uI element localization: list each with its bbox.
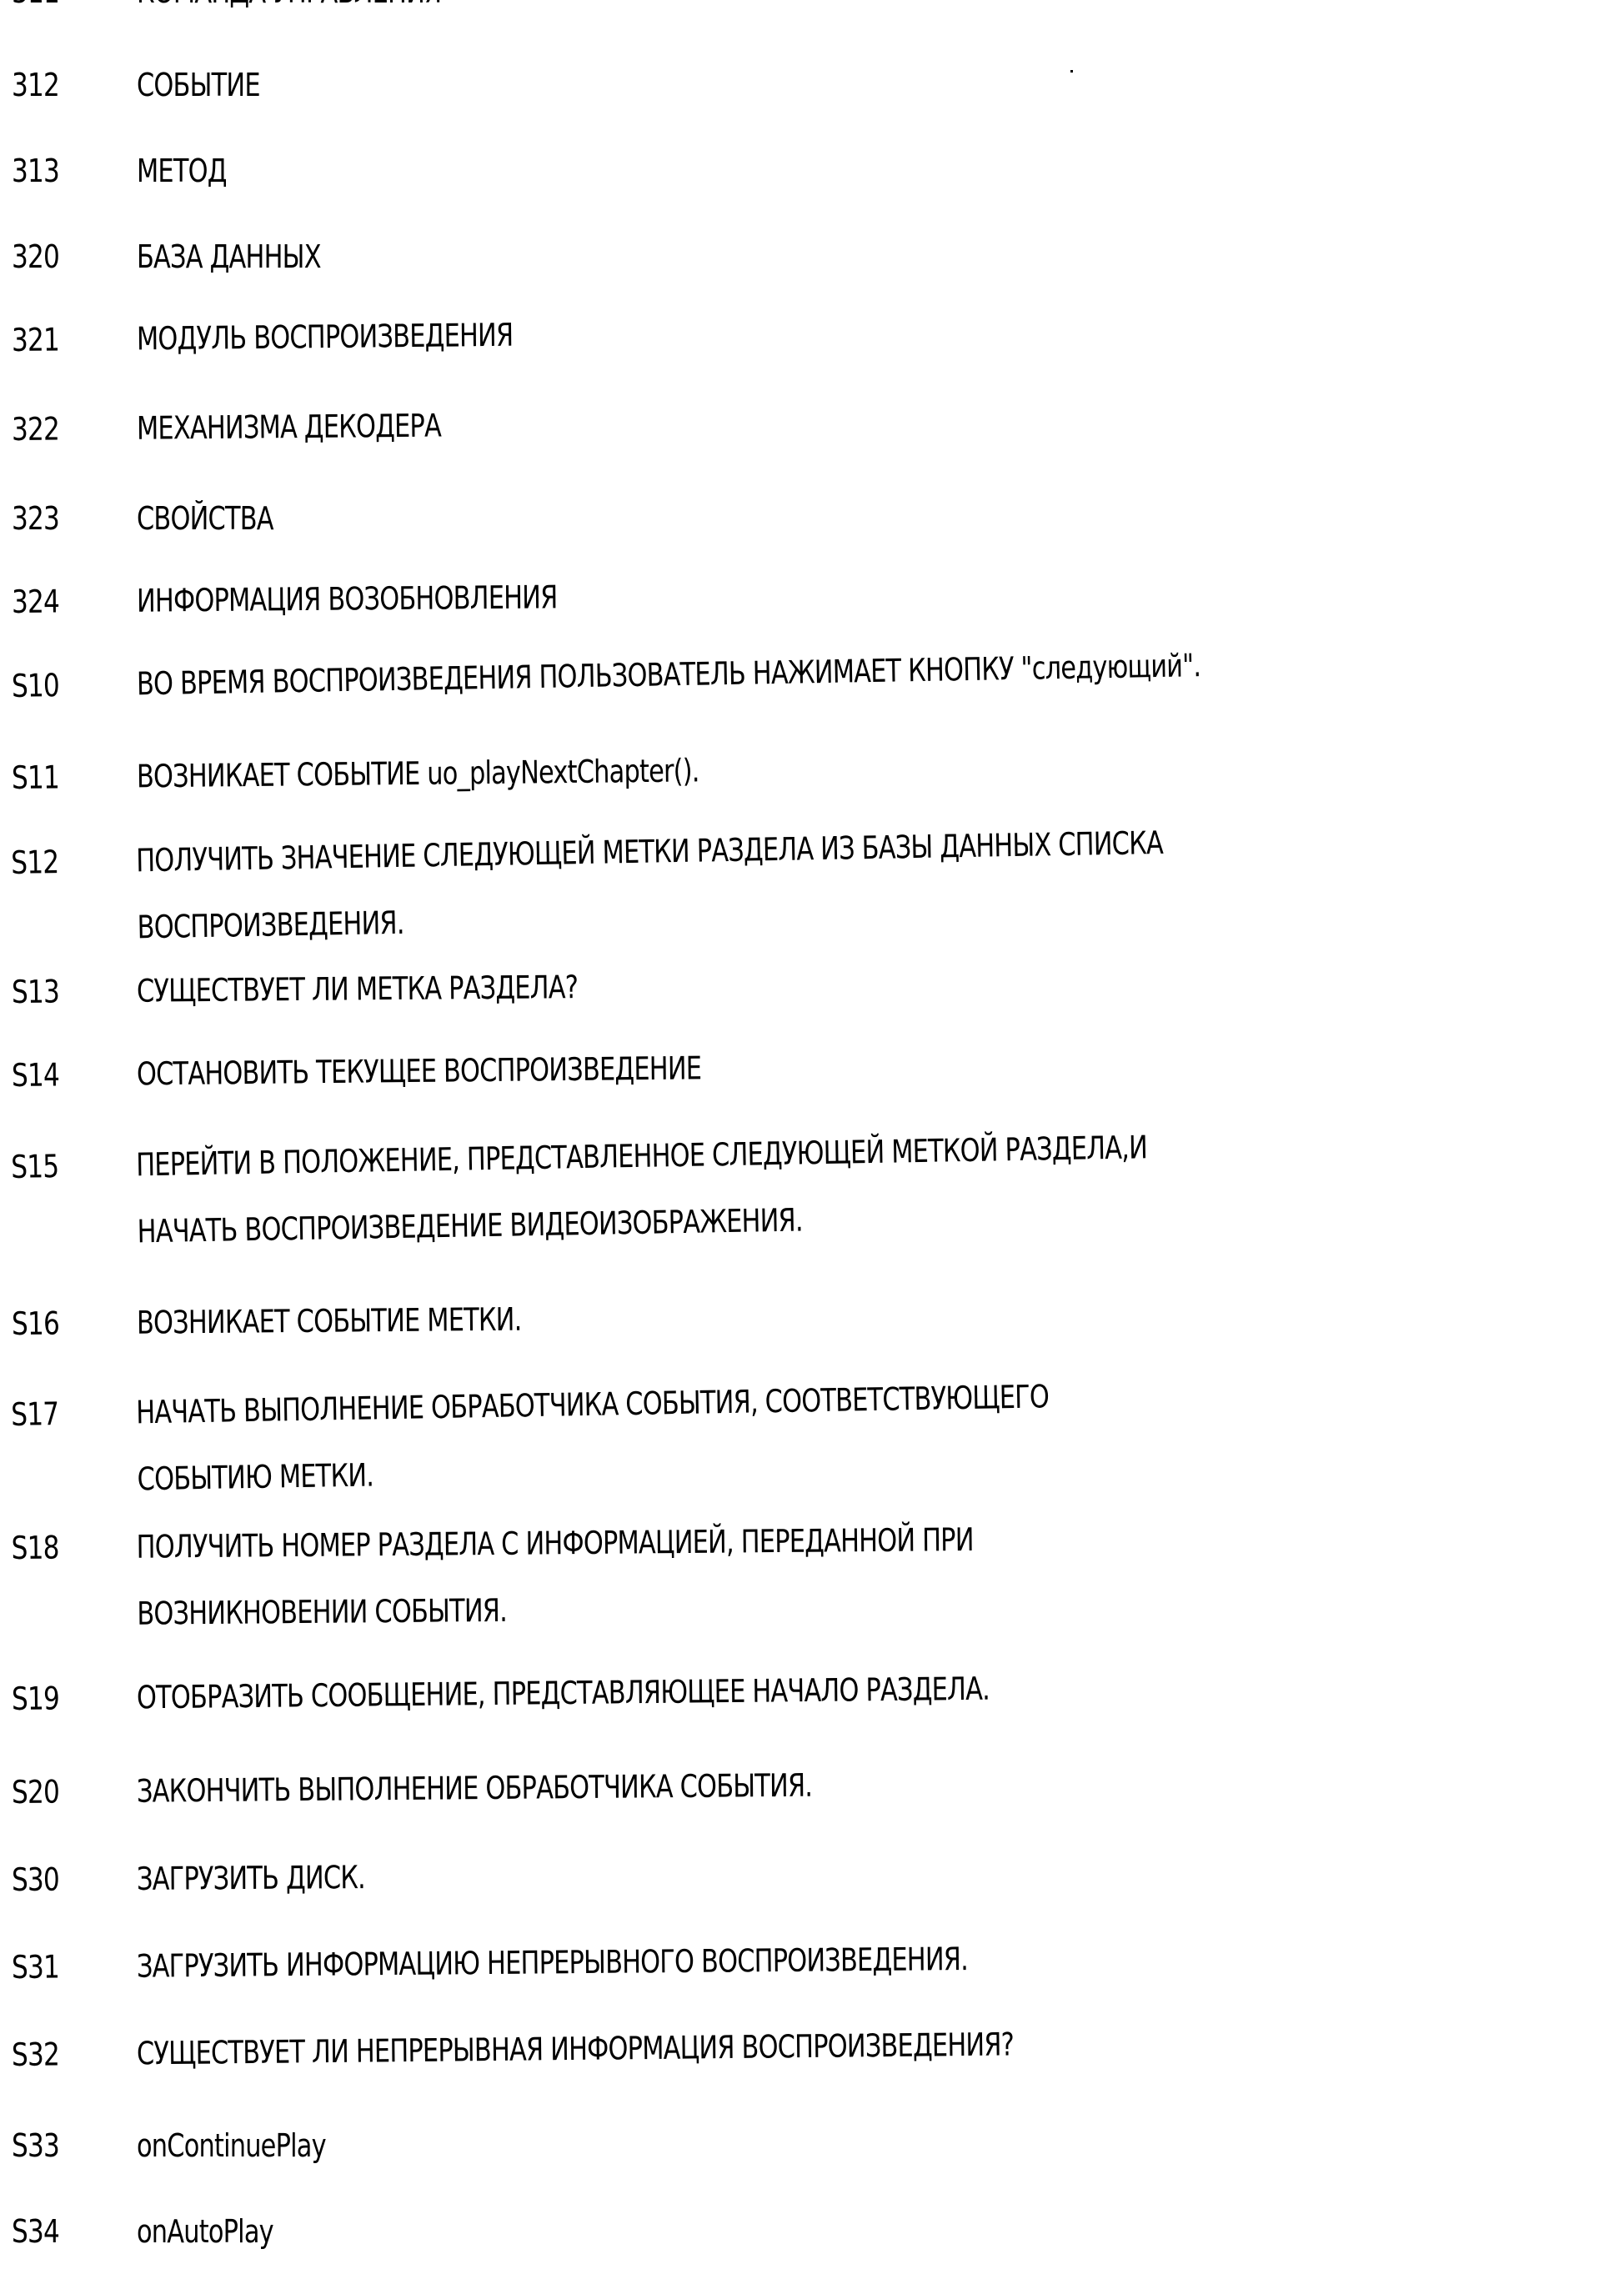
- reference-number: 320: [12, 232, 114, 282]
- description-line: СУЩЕСТВУЕТ ЛИ МЕТКА РАЗДЕЛА?: [137, 962, 579, 1016]
- legend-page: 311КОМАНДА УПРАВЛЕНИЯ312СОБЫТИЕ313МЕТОД3…: [0, 0, 1624, 2274]
- reference-number: 312: [12, 60, 114, 110]
- legend-entry: S13СУЩЕСТВУЕТ ЛИ МЕТКА РАЗДЕЛА?: [12, 961, 689, 1017]
- legend-entry: 324ИНФОРМАЦИЯ ВОЗОБНОВЛЕНИЯ: [12, 571, 663, 627]
- reference-number: S17: [11, 1388, 114, 1440]
- legend-entry: S12ПОЛУЧИТЬ ЗНАЧЕНИЕ СЛЕДУЮЩЕЙ МЕТКИ РАЗ…: [11, 814, 1421, 954]
- description-line: ЗАКОНЧИТЬ ВЫПОЛНЕНИЕ ОБРАБОТЧИКА СОБЫТИЯ…: [137, 1761, 813, 1816]
- reference-description: ПОЛУЧИТЬ ЗНАЧЕНИЕ СЛЕДУЮЩЕЙ МЕТКИ РАЗДЕЛ…: [136, 818, 1165, 952]
- reference-description: onContinuePlay: [137, 2121, 326, 2171]
- reference-number: S19: [12, 1673, 115, 1724]
- reference-number: 311: [12, 0, 114, 17]
- legend-entry: 313МЕТОД: [12, 146, 249, 196]
- legend-entry: S33onContinuePlay: [12, 2121, 373, 2171]
- reference-number: S33: [12, 2121, 114, 2171]
- reference-number: 323: [12, 493, 114, 543]
- reference-number: 324: [12, 576, 115, 627]
- description-line: МЕХАНИЗМА ДЕКОДЕРА: [137, 401, 442, 453]
- description-line: ПОЛУЧИТЬ ЗНАЧЕНИЕ СЛЕДУЮЩЕЙ МЕТКИ РАЗДЕЛ…: [136, 818, 1164, 885]
- reference-number: S13: [12, 966, 115, 1017]
- description-line: ЗАГРУЗИТЬ ДИСК.: [137, 1852, 365, 1904]
- reference-number: 313: [12, 146, 114, 196]
- description-line: ЗАГРУЗИТЬ ИНФОРМАЦИЮ НЕПРЕРЫВНОГО ВОСПРО…: [137, 1934, 969, 1991]
- legend-entry: S17НАЧАТЬ ВЫПОЛНЕНИЕ ОБРАБОТЧИКА СОБЫТИЯ…: [11, 1368, 1279, 1506]
- reference-description: СУЩЕСТВУЕТ ЛИ НЕПРЕРЫВНАЯ ИНФОРМАЦИЯ ВОС…: [137, 2019, 1015, 2078]
- reference-number: S34: [12, 2206, 114, 2256]
- reference-number: 322: [12, 403, 115, 454]
- reference-description: НАЧАТЬ ВЫПОЛНЕНИЕ ОБРАБОТЧИКА СОБЫТИЯ, С…: [136, 1371, 1050, 1504]
- description-line: СУЩЕСТВУЕТ ЛИ НЕПРЕРЫВНАЯ ИНФОРМАЦИЯ ВОС…: [137, 2019, 1015, 2078]
- legend-entry: S32СУЩЕСТВУЕТ ЛИ НЕПРЕРЫВНАЯ ИНФОРМАЦИЯ …: [12, 2017, 1234, 2080]
- reference-number: S20: [12, 1766, 115, 1817]
- reference-description: БАЗА ДАННЫХ: [137, 232, 321, 282]
- reference-description: СВОЙСТВА: [137, 493, 273, 543]
- description-line: СОБЫТИЕ: [137, 60, 260, 110]
- description-line: ПОЛУЧИТЬ НОМЕР РАЗДЕЛА С ИНФОРМАЦИЕЙ, ПЕ…: [136, 1515, 974, 1572]
- reference-description: СУЩЕСТВУЕТ ЛИ МЕТКА РАЗДЕЛА?: [137, 962, 579, 1016]
- legend-entry: S16ВОЗНИКАЕТ СОБЫТИЕ МЕТКИ.: [12, 1294, 618, 1349]
- legend-entry: S20ЗАКОНЧИТЬ ВЫПОЛНЕНИЕ ОБРАБОТЧИКА СОБЫ…: [12, 1759, 981, 1817]
- description-line: МЕТОД: [137, 146, 227, 196]
- reference-number: S12: [11, 836, 114, 888]
- reference-description: ЗАГРУЗИТЬ ДИСК.: [137, 1852, 365, 1904]
- reference-description: КОМАНДА УПРАВЛЕНИЯ: [137, 0, 441, 17]
- reference-description: ИНФОРМАЦИЯ ВОЗОБНОВЛЕНИЯ: [137, 572, 558, 625]
- description-line: СОБЫТИЮ МЕТКИ.: [137, 1438, 1050, 1504]
- reference-description: МЕХАНИЗМА ДЕКОДЕРА: [137, 401, 442, 453]
- description-line: ОТОБРАЗИТЬ СООБЩЕНИЕ, ПРЕДСТАВЛЯЮЩЕЕ НАЧ…: [137, 1664, 990, 1723]
- legend-entry: 311КОМАНДА УПРАВЛЕНИЯ: [12, 0, 518, 17]
- legend-entry: 320БАЗА ДАННЫХ: [12, 232, 367, 282]
- description-line: onContinuePlay: [137, 2121, 326, 2171]
- description-line: ВОЗНИКНОВЕНИИ СОБЫТИЯ.: [137, 1581, 975, 1639]
- description-line: КОМАНДА УПРАВЛЕНИЯ: [137, 0, 441, 17]
- legend-entry: S15ПЕРЕЙТИ В ПОЛОЖЕНИЕ, ПРЕДСТАВЛЕННОЕ С…: [11, 1118, 1401, 1259]
- legend-entry: 322МЕХАНИЗМА ДЕКОДЕРА: [12, 400, 518, 454]
- legend-entry: 323СВОЙСТВА: [12, 493, 308, 543]
- legend-entry: S18ПОЛУЧИТЬ НОМЕР РАЗДЕЛА С ИНФОРМАЦИЕЙ,…: [11, 1513, 1183, 1640]
- reference-description: ВО ВРЕМЯ ВОСПРОИЗВЕДЕНИЯ ПОЛЬЗОВАТЕЛЬ НА…: [136, 640, 1200, 709]
- legend-entry: S10ВО ВРЕМЯ ВОСПРОИЗВЕДЕНИЯ ПОЛЬЗОВАТЕЛЬ…: [11, 636, 1466, 711]
- reference-description: ВОЗНИКАЕТ СОБЫТИЕ uo_playNextChapter().: [137, 745, 699, 801]
- reference-description: ПЕРЕЙТИ В ПОЛОЖЕНИЕ, ПРЕДСТАВЛЕННОЕ СЛЕД…: [136, 1122, 1149, 1256]
- reference-description: МЕТОД: [137, 146, 227, 196]
- description-line: СВОЙСТВА: [137, 493, 273, 543]
- reference-description: ЗАКОНЧИТЬ ВЫПОЛНЕНИЕ ОБРАБОТЧИКА СОБЫТИЯ…: [137, 1761, 813, 1816]
- reference-number: S15: [11, 1140, 114, 1192]
- scan-speck: [1070, 70, 1073, 73]
- reference-number: S10: [11, 659, 114, 711]
- reference-number: S30: [12, 1854, 114, 1905]
- reference-description: МОДУЛЬ ВОСПРОИЗВЕДЕНИЯ: [137, 310, 514, 364]
- legend-entry: S19ОТОБРАЗИТЬ СООБЩЕНИЕ, ПРЕДСТАВЛЯЮЩЕЕ …: [12, 1661, 1203, 1724]
- description-line: ОСТАНОВИТЬ ТЕКУЩЕЕ ВОСПРОИЗВЕДЕНИЕ: [137, 1043, 702, 1099]
- description-line: ВОСПРОИЗВЕДЕНИЯ.: [137, 884, 1165, 952]
- legend-entry: S11ВОЗНИКАЕТ СОБЫТИЕ uo_playNextChapter(…: [12, 744, 840, 803]
- reference-description: ВОЗНИКАЕТ СОБЫТИЕ МЕТКИ.: [137, 1295, 522, 1348]
- reference-description: ОТОБРАЗИТЬ СООБЩЕНИЕ, ПРЕДСТАВЛЯЮЩЕЕ НАЧ…: [137, 1664, 990, 1723]
- description-line: ПЕРЕЙТИ В ПОЛОЖЕНИЕ, ПРЕДСТАВЛЕННОЕ СЛЕД…: [136, 1122, 1148, 1190]
- reference-description: onAutoPlay: [137, 2206, 273, 2256]
- reference-number: S31: [12, 1941, 115, 1992]
- description-line: ВОЗНИКАЕТ СОБЫТИЕ uo_playNextChapter().: [137, 745, 699, 801]
- description-line: onAutoPlay: [137, 2206, 273, 2256]
- reference-description: ПОЛУЧИТЬ НОМЕР РАЗДЕЛА С ИНФОРМАЦИЕЙ, ПЕ…: [136, 1515, 974, 1639]
- description-line: ВОЗНИКАЕТ СОБЫТИЕ МЕТКИ.: [137, 1295, 522, 1348]
- reference-description: ОСТАНОВИТЬ ТЕКУЩЕЕ ВОСПРОИЗВЕДЕНИЕ: [137, 1043, 702, 1099]
- description-line: НАЧАТЬ ВЫПОЛНЕНИЕ ОБРАБОТЧИКА СОБЫТИЯ, С…: [136, 1371, 1050, 1437]
- reference-number: S18: [11, 1522, 114, 1573]
- description-line: БАЗА ДАННЫХ: [137, 232, 321, 282]
- description-line: МОДУЛЬ ВОСПРОИЗВЕДЕНИЯ: [137, 310, 514, 364]
- description-line: ВО ВРЕМЯ ВОСПРОИЗВЕДЕНИЯ ПОЛЬЗОВАТЕЛЬ НА…: [136, 640, 1200, 709]
- reference-number: 321: [12, 314, 115, 365]
- reference-number: S32: [12, 2029, 115, 2080]
- reference-description: СОБЫТИЕ: [137, 60, 260, 110]
- legend-entry: 312СОБЫТИЕ: [12, 60, 291, 110]
- reference-number: S16: [12, 1298, 115, 1349]
- reference-description: ЗАГРУЗИТЬ ИНФОРМАЦИЮ НЕПРЕРЫВНОГО ВОСПРО…: [137, 1934, 969, 1991]
- legend-entry: S14ОСТАНОВИТЬ ТЕКУЩЕЕ ВОСПРОИЗВЕДЕНИЕ: [12, 1042, 843, 1100]
- reference-number: S14: [12, 1049, 115, 1100]
- description-line: ИНФОРМАЦИЯ ВОЗОБНОВЛЕНИЯ: [137, 572, 558, 625]
- legend-entry: S31ЗАГРУЗИТЬ ИНФОРМАЦИЮ НЕПРЕРЫВНОГО ВОС…: [12, 1932, 1176, 1992]
- reference-number: S11: [12, 752, 115, 803]
- legend-entry: S34onAutoPlay: [12, 2206, 308, 2256]
- description-line: НАЧАТЬ ВОСПРОИЗВЕДЕНИЕ ВИДЕОИЗОБРАЖЕНИЯ.: [137, 1189, 1149, 1256]
- legend-entry: S30ЗАГРУЗИТЬ ДИСК.: [12, 1852, 423, 1905]
- legend-entry: 321МОДУЛЬ ВОСПРОИЗВЕДЕНИЯ: [12, 309, 608, 365]
